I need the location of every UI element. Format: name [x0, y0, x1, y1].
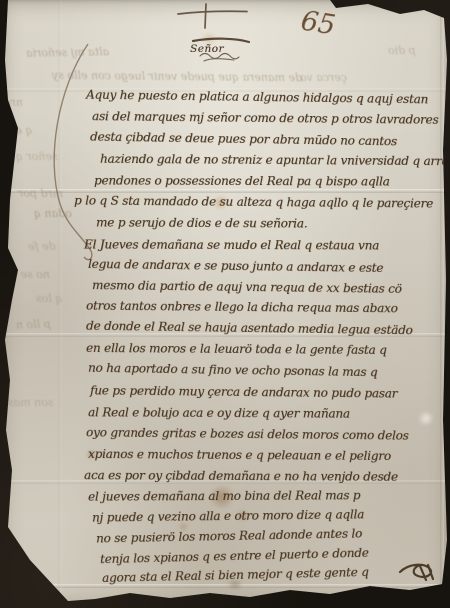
ink-stain [200, 34, 218, 43]
bleedthrough-fragment: de fe [28, 240, 56, 254]
manuscript-line: Aquy he puesto en platica a algunos hida… [86, 88, 428, 107]
bleedthrough-fragment: p dio [388, 44, 416, 57]
bleedthrough-fragment: no se p [10, 268, 50, 281]
paper-sheet: alta mj señoria p dio de manera que pued… [0, 0, 450, 608]
manuscript-line: al Real e bolujo aca e oy dize q ayer ma… [88, 405, 350, 420]
manuscript-line: no se pusierö los moros Real adonde ante… [96, 526, 362, 545]
manuscript-line: fue ps perdido muy çerca de andarax no p… [90, 383, 397, 400]
manuscript-line: p lo q S sta mandado de su alteza q haga… [74, 193, 433, 210]
closing-flourish [400, 565, 433, 580]
bleedthrough-fragment: odan q [34, 207, 72, 220]
bleedthrough-fragment: p llo n [16, 317, 51, 331]
bleedthrough-fragment: dos [6, 566, 25, 579]
manuscript-line: asi del marques mj señor como de otros p… [92, 109, 439, 127]
manuscript-line: desta çibdad se deue pues por abra mūdo … [90, 130, 397, 149]
manuscript-line: de donde el Real se hauja asentado media… [86, 319, 413, 338]
bleedthrough-fragment: son mas [8, 396, 53, 409]
photo-background: alta mj señoria p dio de manera que pued… [0, 0, 450, 608]
bleedthrough-fragment: q el [12, 124, 33, 138]
bleedthrough-fragment: q los [36, 292, 63, 305]
bleedthrough-fragment: çerca va [300, 71, 347, 84]
bleedthrough-fragment: nro [4, 96, 23, 109]
manuscript-line: tenja los xpianos q es entre el puerto e… [100, 546, 369, 567]
bleedthrough-fragment: de manera que puede venir luego con ello… [52, 69, 302, 85]
fold-crease [440, 0, 444, 608]
salutation-heading: Señor [190, 43, 224, 55]
fold-crease [0, 189, 450, 193]
benediction-cross-icon [178, 4, 247, 28]
paper-flaw [418, 412, 434, 425]
manuscript-line: nj puede q vezino alla e otro moro dize … [92, 507, 364, 524]
manuscript-line: oyo grandes gritas e bozes asi delos mor… [86, 425, 409, 442]
manuscript-line: legua de andarax e se puso junto a andar… [88, 257, 383, 275]
folio-number: 65 [299, 6, 338, 42]
manuscript-line: mesmo dia partio de aquj vna requa de xx… [92, 278, 402, 296]
manuscript-line: no ha aportado a su fino ve ocho psonas … [88, 361, 378, 380]
manuscript-line: me p serujo de dios e de su señoria. [96, 215, 307, 230]
manuscript-line: El Jueves demañana se mudo el Real q est… [84, 237, 379, 252]
manuscript-line: haziendo gala de no streniz e apuntar la… [100, 152, 448, 168]
manuscript-line: otros tantos onbres e llego la dicha req… [86, 299, 398, 316]
manuscript-line: xpianos e muchos truenos e q peleauan e … [88, 447, 391, 463]
manuscript-line: pendones o possessiones del Real pa q bi… [94, 173, 390, 188]
manuscript-line: en ella los moros e la leuarö toda e la … [86, 341, 387, 357]
bleedthrough-fragment: mrd por [18, 187, 63, 201]
manuscript-line: aca es por oy çibdad demañana e no ha ve… [84, 468, 398, 484]
bleedthrough-fragment: alta mj señoria [26, 45, 109, 59]
manuscript-line: el jueves demañana al mo bina del Real m… [88, 488, 360, 503]
bleedthrough-fragment: señor q [16, 150, 58, 163]
